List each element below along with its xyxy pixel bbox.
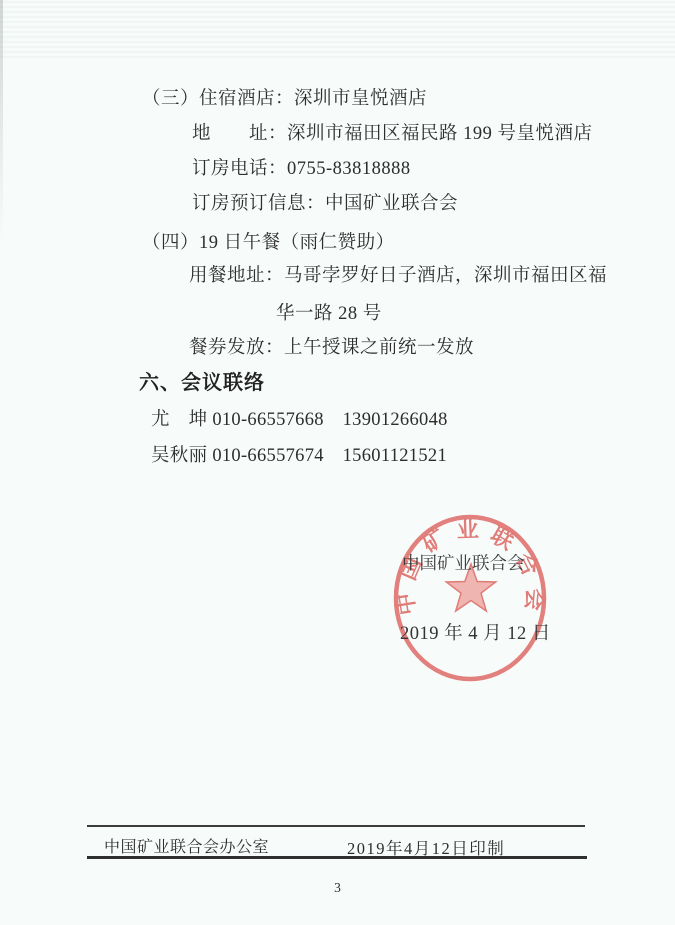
line-lunch-address-2: 华一路 28 号	[276, 299, 382, 325]
line-booking-phone: 订房电话：0755-83818888	[192, 154, 411, 180]
line-meal-ticket: 餐券发放：上午授课之前统一发放	[189, 333, 474, 359]
line-booking-info: 订房预订信息：中国矿业联合会	[192, 189, 458, 215]
line-lunch-section: （四）19 日午餐（雨仁赞助）	[142, 228, 395, 254]
line-lunch-address-1: 用餐地址：马哥孛罗好日子酒店，深圳市福田区福	[189, 261, 607, 287]
footer-rule-top	[87, 825, 585, 827]
scan-edge-artifact	[0, 0, 3, 240]
scan-noise-band	[0, 0, 675, 58]
line-contact-1: 尤 坤 010-66557668 13901266048	[151, 405, 448, 431]
document-page: （三）住宿酒店：深圳市皇悦酒店 地 址：深圳市福田区福民路 199 号皇悦酒店 …	[0, 0, 675, 925]
org-name-text: 中国矿业联合会	[402, 550, 525, 575]
page-number: 3	[0, 880, 675, 896]
heading-meeting-contact: 六、会议联络	[139, 366, 265, 395]
line-contact-2: 吴秋丽 010-66557674 15601121521	[151, 441, 447, 467]
issue-date: 2019 年 4 月 12 日	[400, 619, 551, 645]
line-hotel-address: 地 址：深圳市福田区福民路 199 号皇悦酒店	[192, 119, 593, 145]
footer-rule-bottom	[87, 856, 587, 859]
footer-office-name: 中国矿业联合会办公室	[104, 834, 269, 857]
official-seal: 中国矿业联合会	[392, 514, 552, 684]
line-hotel-section: （三）住宿酒店：深圳市皇悦酒店	[142, 84, 427, 110]
